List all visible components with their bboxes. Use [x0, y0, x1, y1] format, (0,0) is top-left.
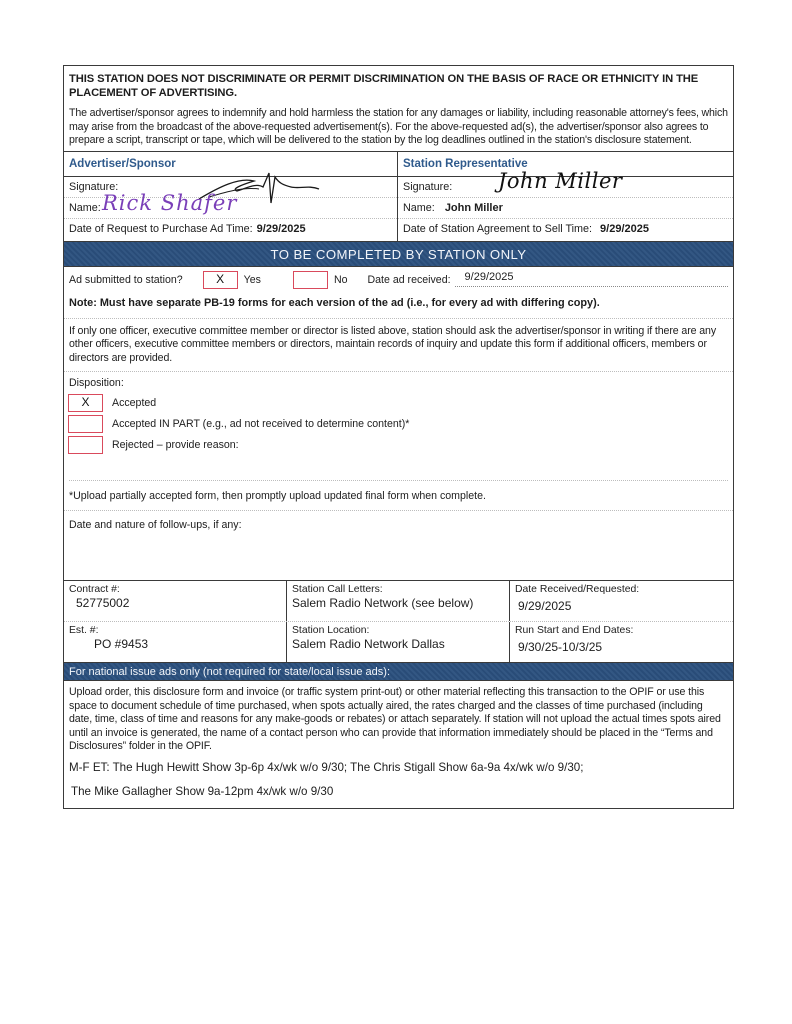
- call-letters-cell: Station Call Letters: Salem Radio Networ…: [287, 581, 510, 621]
- parties-section: Advertiser/Sponsor Signature: Name: Rick…: [64, 152, 733, 242]
- advertiser-name-handwritten[interactable]: Rick Shafer: [102, 193, 237, 214]
- political-ad-disclosure-form: THIS STATION DOES NOT DISCRIMINATE OR PE…: [63, 65, 734, 809]
- schedule-line-1[interactable]: M-F ET: The Hugh Hewitt Show 3p-6p 4x/wk…: [64, 757, 733, 779]
- disposition-option: Accepted IN PART (e.g., ad not received …: [64, 413, 733, 434]
- disposition-section: Disposition: X Accepted Accepted IN PART…: [64, 372, 733, 481]
- run-dates-label: Run Start and End Dates:: [515, 625, 728, 636]
- station-rep-signature-row: Signature: John Miller: [398, 177, 733, 198]
- disposition-option: X Accepted: [64, 392, 733, 413]
- contract-value[interactable]: 52775002: [69, 596, 281, 610]
- est-label: Est. #:: [69, 625, 281, 636]
- location-value[interactable]: Salem Radio Network Dallas: [292, 637, 504, 651]
- contract-row-2: Est. #: PO #9453 Station Location: Salem…: [64, 622, 733, 663]
- header-section: THIS STATION DOES NOT DISCRIMINATE OR PE…: [64, 66, 733, 152]
- run-dates-value[interactable]: 9/30/25-10/3/25: [515, 640, 728, 654]
- station-rep-signature-handwritten[interactable]: John Miller: [498, 171, 622, 192]
- station-only-banner: TO BE COMPLETED BY STATION ONLY: [64, 242, 733, 267]
- pb19-note: Note: Must have separate PB-19 forms for…: [64, 293, 733, 319]
- contract-label: Contract #:: [69, 584, 281, 595]
- station-rep-name-row: Name:John Miller: [398, 198, 733, 219]
- date-ad-received-label: Date ad received:: [368, 274, 451, 286]
- advertiser-date-value[interactable]: 9/29/2025: [257, 223, 306, 235]
- date-received-label: Date Received/Requested:: [515, 584, 728, 595]
- location-cell: Station Location: Salem Radio Network Da…: [287, 622, 510, 662]
- station-rep-date-label: Date of Station Agreement to Sell Time:: [403, 223, 592, 235]
- est-cell: Est. #: PO #9453: [64, 622, 287, 662]
- rejection-reason-field[interactable]: [69, 455, 728, 481]
- accepted-in-part-checkbox[interactable]: [68, 415, 103, 433]
- followups-field[interactable]: Date and nature of follow-ups, if any:: [64, 511, 733, 581]
- ad-submitted-row: Ad submitted to station? X Yes No Date a…: [64, 267, 733, 293]
- yes-checkbox[interactable]: X: [203, 271, 238, 289]
- accepted-in-part-label: Accepted IN PART (e.g., ad not received …: [112, 418, 409, 430]
- no-label: No: [334, 274, 348, 286]
- run-dates-cell: Run Start and End Dates: 9/30/25-10/3/25: [510, 622, 733, 662]
- disposition-option: Rejected – provide reason:: [64, 434, 733, 455]
- station-rep-signature-label: Signature:: [403, 181, 452, 193]
- date-received-value[interactable]: 9/29/2025: [515, 599, 728, 613]
- advertiser-date-row: Date of Request to Purchase Ad Time:9/29…: [64, 219, 397, 241]
- non-discrimination-title: THIS STATION DOES NOT DISCRIMINATE OR PE…: [64, 66, 733, 100]
- advertiser-name-row: Name: Rick Shafer: [64, 198, 397, 219]
- no-checkbox[interactable]: [293, 271, 328, 289]
- yes-label: Yes: [244, 274, 261, 286]
- date-ad-received-value: 9/29/2025: [465, 271, 514, 283]
- rejected-label: Rejected – provide reason:: [112, 439, 239, 451]
- indemnity-paragraph: The advertiser/sponsor agrees to indemni…: [64, 100, 733, 151]
- est-value[interactable]: PO #9453: [69, 637, 281, 651]
- national-issue-instructions: Upload order, this disclosure form and i…: [64, 681, 733, 757]
- accepted-label: Accepted: [112, 397, 156, 409]
- national-issue-banner: For national issue ads only (not require…: [64, 663, 733, 681]
- location-label: Station Location:: [292, 625, 504, 636]
- station-rep-panel: Station Representative Signature: John M…: [398, 152, 733, 241]
- advertiser-date-label: Date of Request to Purchase Ad Time:: [69, 223, 253, 235]
- advertiser-name-label: Name:: [69, 202, 101, 214]
- officer-paragraph: If only one officer, executive committee…: [64, 319, 733, 373]
- call-letters-value[interactable]: Salem Radio Network (see below): [292, 596, 504, 610]
- accepted-checkbox[interactable]: X: [68, 394, 103, 412]
- station-rep-name-value[interactable]: John Miller: [445, 202, 503, 214]
- date-ad-received-field[interactable]: 9/29/2025: [455, 273, 728, 287]
- date-received-cell: Date Received/Requested: 9/29/2025: [510, 581, 733, 621]
- ad-submitted-label: Ad submitted to station?: [69, 274, 183, 286]
- upload-note: *Upload partially accepted form, then pr…: [64, 481, 733, 511]
- contract-cell: Contract #: 52775002: [64, 581, 287, 621]
- schedule-line-2[interactable]: The Mike Gallagher Show 9a-12pm 4x/wk w/…: [64, 779, 733, 808]
- followups-label: Date and nature of follow-ups, if any:: [69, 519, 242, 531]
- rejected-checkbox[interactable]: [68, 436, 103, 454]
- station-rep-date-value[interactable]: 9/29/2025: [600, 223, 649, 235]
- station-rep-name-label: Name:: [403, 202, 435, 214]
- contract-row-1: Contract #: 52775002 Station Call Letter…: [64, 581, 733, 622]
- advertiser-panel: Advertiser/Sponsor Signature: Name: Rick…: [64, 152, 398, 241]
- station-rep-date-row: Date of Station Agreement to Sell Time:9…: [398, 219, 733, 241]
- call-letters-label: Station Call Letters:: [292, 584, 504, 595]
- disposition-label: Disposition:: [64, 372, 733, 392]
